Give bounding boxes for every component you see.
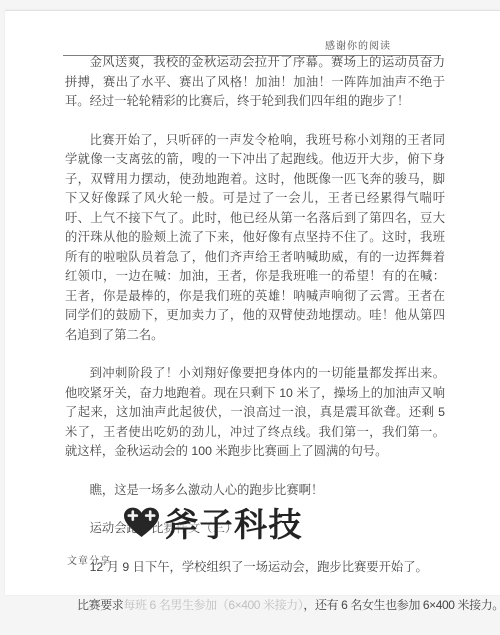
brand-watermark: 斧子科技 bbox=[123, 503, 303, 541]
essay-paragraph-2: 比赛开始了，只听砰的一声发令枪响，我班号称小刘翔的王者同学就像一支离弦的箭，嗖的… bbox=[65, 131, 445, 346]
share-label: 文章分享 bbox=[67, 556, 111, 567]
document-page: 感谢你的阅读 金风送爽，我校的金秋运动会拉开了序幕。赛场上的运动员奋力拼搏，赛出… bbox=[5, 10, 500, 594]
thanks-note: 感谢你的阅读 bbox=[325, 41, 391, 52]
essay-paragraph-5: 12 月 9 日下午，学校组织了一场运动会，跑步比赛要开始了。 bbox=[65, 558, 445, 578]
brand-name: 斧子科技 bbox=[165, 499, 303, 546]
essay-paragraph-3: 到冲刺阶段了！小刘翔好像要把身体内的一切能量都发挥出来。他咬紧牙关，奋力地跑着。… bbox=[65, 364, 445, 462]
essay-paragraph-4: 瞧，这是一场多么激动人心的跑步比赛啊！ bbox=[65, 481, 445, 501]
heart-plus-icon bbox=[123, 507, 160, 538]
page-footer: 文章分享 bbox=[67, 556, 111, 568]
essay-paragraph-1: 金风送爽，我校的金秋运动会拉开了序幕。赛场上的运动员奋力拼搏，赛出了水平、赛出了… bbox=[65, 53, 445, 112]
